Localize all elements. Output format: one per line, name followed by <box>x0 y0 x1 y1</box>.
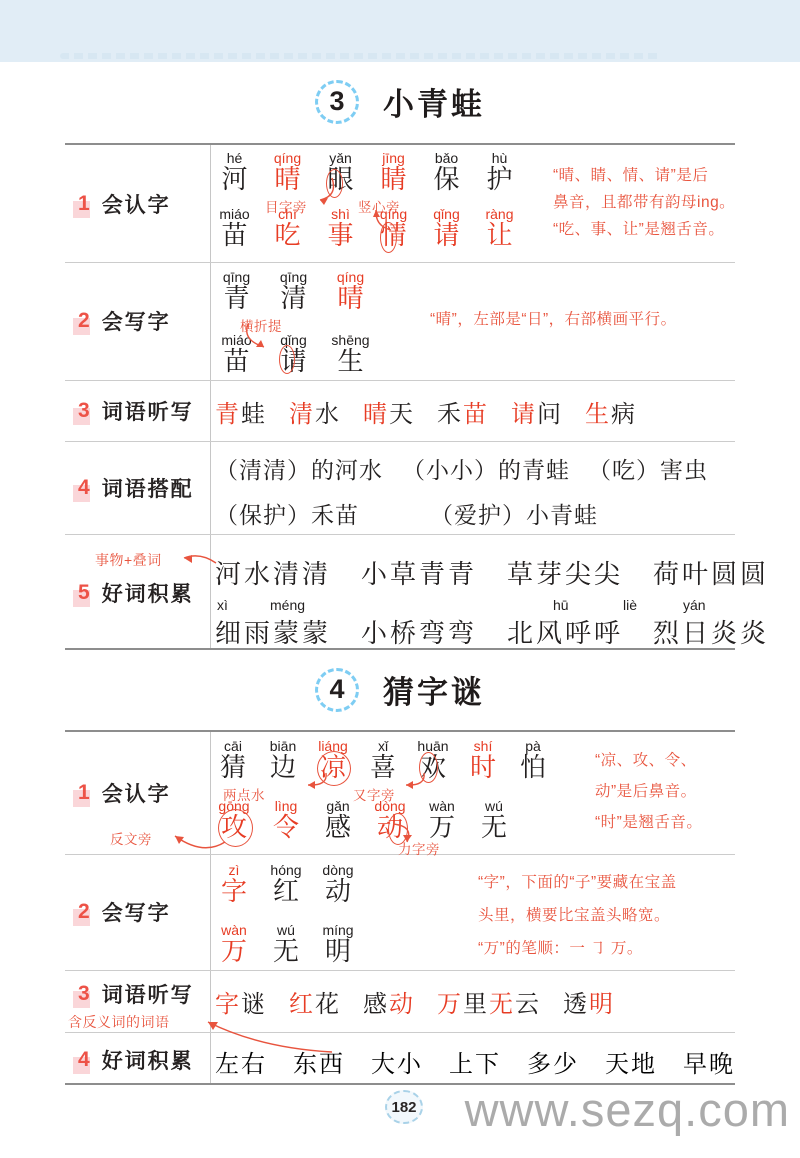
pinyin: yán <box>683 597 706 613</box>
word-char: 请 <box>511 402 537 428</box>
pinyin: wàn <box>416 798 468 814</box>
char-row: zì 字 hóng 红 dòng 动 <box>208 862 364 906</box>
lesson-3-title: 小青蛙 <box>383 79 485 124</box>
char-cell: chī 吃 <box>261 206 314 250</box>
hanzi: 字 <box>208 878 260 906</box>
annotation-arrow <box>398 770 430 792</box>
hanzi: 保 <box>420 166 473 194</box>
watermark: www.sezq.com <box>465 1082 790 1137</box>
section-title: 词语搭配 <box>102 473 194 503</box>
phrase: 细雨蒙蒙 <box>215 613 331 650</box>
pinyin: míng <box>312 922 364 938</box>
char-row: hé 河 qíng 晴 yǎn 眼 jīng <box>208 150 526 194</box>
section-number: 3 <box>75 399 93 423</box>
annotation-arrow <box>296 174 340 208</box>
phrase: 河水清清 <box>215 554 331 591</box>
annotation-arrow <box>300 770 332 792</box>
pinyin: miáo <box>208 206 261 222</box>
phrase: 荷叶圆圆 <box>653 554 769 591</box>
workbook-page: 3 小青蛙 1 会认字 hé 河 qí <box>0 0 800 1158</box>
hanzi: 青 <box>208 285 265 313</box>
word-char: 晴 <box>363 402 389 428</box>
pinyin: hù <box>473 150 526 166</box>
char-cell: qīng 青 <box>208 269 265 313</box>
section-title: 会认字 <box>102 778 171 808</box>
note-line: 鼻音，且都带有韵母ing。 <box>553 189 735 216</box>
header-band <box>0 0 800 62</box>
char-cell: gǎn 感 <box>312 798 364 842</box>
word-char: 感 <box>363 992 389 1018</box>
char-cell: qǐng 请 <box>420 206 473 250</box>
handwritten-note: “晴”，左部是“日”，右部横画平行。 <box>430 306 677 333</box>
word: 透明 <box>563 984 615 1019</box>
word: 天地 <box>605 1044 657 1079</box>
phrase: （吃）害虫 <box>588 452 708 485</box>
annotation-arrow <box>176 550 220 568</box>
char-row: wàn 万 wú 无 míng 明 <box>208 922 364 966</box>
hanzi: 苗 <box>208 348 265 376</box>
word-char: 青 <box>215 402 241 428</box>
handwritten-note: “字”，下面的“子”要藏在宝盖头里，横要比宝盖头略宽。“万”的笔顺：一 ㇆ 万。 <box>478 866 677 965</box>
hanzi: 苗 <box>208 222 261 250</box>
section-l4-write: 2 会写字 zì 字 hóng 红 dòng <box>65 854 735 970</box>
lesson-3-number-badge: 3 <box>315 80 359 124</box>
pinyin: chī <box>261 206 314 222</box>
word-char: 明 <box>589 992 615 1018</box>
section-number: 3 <box>75 982 93 1006</box>
word-char: 生 <box>585 402 611 428</box>
section-title: 会认字 <box>102 189 171 219</box>
char-cell: hóng 红 <box>260 862 312 906</box>
word-char: 无 <box>489 992 515 1018</box>
pinyin: qíng <box>322 269 379 285</box>
pinyin: wú <box>260 922 312 938</box>
word-char: 问 <box>537 402 563 428</box>
handwritten-note: “凉、攻、令、动”是后鼻音。“时”是翘舌音。 <box>595 745 702 838</box>
hanzi: 猜 <box>208 754 258 782</box>
hanzi: 明 <box>312 938 364 966</box>
section-number: 4 <box>75 476 93 500</box>
section-l3-write: 2 会写字 qīng 青 qīng 清 qíng <box>65 262 735 380</box>
phrase: （保护）禾苗 <box>215 497 359 530</box>
word-char: 水 <box>315 402 341 428</box>
word: 早晚 <box>683 1044 735 1079</box>
pinyin: shí <box>458 738 508 754</box>
char-cell: wú 无 <box>468 798 520 842</box>
section-title: 词语听写 <box>102 396 194 426</box>
pinyin: dòng <box>364 798 416 814</box>
pinyin: qīng <box>265 269 322 285</box>
section-label: 3 词语听写 <box>75 970 194 1018</box>
pinyin: wàn <box>208 922 260 938</box>
word: 多少 <box>527 1044 579 1079</box>
char-cell: miáo 苗 <box>208 206 261 250</box>
note-line: “时”是翘舌音。 <box>595 807 702 838</box>
lesson-3-table: 1 会认字 hé 河 qíng 晴 yǎn <box>65 143 735 650</box>
section-number: 4 <box>75 1048 93 1072</box>
hanzi: 无 <box>468 814 520 842</box>
radical-circle <box>279 345 295 374</box>
char-cell: shì 事 <box>314 206 367 250</box>
radical-note: 反文旁 <box>110 828 152 848</box>
pinyin: pà <box>508 738 558 754</box>
pinyin: hóng <box>260 862 312 878</box>
section-l4-dictation: 3 词语听写 字谜 红花 感动 <box>65 970 735 1032</box>
word: 请问 <box>511 394 563 429</box>
word-row: 细雨蒙蒙小桥弯弯北风呼呼烈日炎炎 <box>215 613 769 650</box>
word: 感动 <box>363 984 415 1019</box>
section-label: 2 会写字 <box>75 854 171 970</box>
pinyin: yǎn <box>314 150 367 166</box>
word-char: 天 <box>389 402 415 428</box>
pinyin: wú <box>468 798 520 814</box>
pinyin: qíng <box>261 150 314 166</box>
hanzi: 晴 <box>322 285 379 313</box>
word-char: 禾 <box>437 402 463 428</box>
pinyin: dòng <box>312 862 364 878</box>
char-cell: ràng 让 <box>473 206 526 250</box>
char-cell: hé 河 <box>208 150 261 194</box>
pinyin: qǐng <box>420 206 473 222</box>
word: 禾苗 <box>437 394 489 429</box>
phrase: 北风呼呼 <box>507 613 623 650</box>
phrase: 小草青青 <box>361 554 477 591</box>
section-label: 4 词语搭配 <box>75 441 194 534</box>
phrase: （爱护）小青蛙 <box>430 497 598 530</box>
pinyin: hé <box>208 150 261 166</box>
word-char: 万 <box>437 992 463 1018</box>
char-cell: qīng 清 <box>265 269 322 313</box>
annotation-arrow <box>365 204 399 234</box>
hanzi: 事 <box>314 222 367 250</box>
char-cell: lìng 令 <box>260 798 312 842</box>
section-number: 1 <box>75 781 93 805</box>
phrase: 烈日炎炎 <box>653 613 769 650</box>
hanzi: 时 <box>458 754 508 782</box>
section-number: 2 <box>75 900 93 924</box>
pinyin: zì <box>208 862 260 878</box>
hanzi: 请 <box>420 222 473 250</box>
phrase: （清清）的河水 <box>215 452 383 485</box>
char-cell: shēng 生 <box>322 332 379 376</box>
section-label: 3 词语听写 <box>75 380 194 441</box>
hanzi: 红 <box>260 878 312 906</box>
word-char: 动 <box>389 992 415 1018</box>
annotation-arrow <box>196 1012 336 1056</box>
char-cell: cāi 猜 <box>208 738 258 782</box>
hanzi: 河 <box>208 166 261 194</box>
hanzi: 感 <box>312 814 364 842</box>
word-char: 苗 <box>463 402 489 428</box>
word-char: 透 <box>563 992 589 1018</box>
word-char: 病 <box>611 402 637 428</box>
phrase: 草芽尖尖 <box>507 554 623 591</box>
section-l3-recognize: 1 会认字 hé 河 qíng 晴 yǎn <box>65 145 735 262</box>
char-cell: zì 字 <box>208 862 260 906</box>
char-cell: dòng 动 <box>312 862 364 906</box>
note-line: “字”，下面的“子”要藏在宝盖 <box>478 866 677 899</box>
section-l3-accumulate: 5 好词积累 事物+叠词 河水清清小草青青草芽尖尖荷叶圆圆 xì méng hū… <box>65 534 735 652</box>
hanzi: 无 <box>260 938 312 966</box>
word: 晴天 <box>363 394 415 429</box>
pinyin: jīng <box>367 150 420 166</box>
word: 上下 <box>449 1044 501 1079</box>
word: 青蛙 <box>215 394 267 429</box>
section-title: 会写字 <box>102 897 171 927</box>
hanzi: 万 <box>208 938 260 966</box>
lesson-4-number-badge: 4 <box>315 668 359 712</box>
hanzi: 生 <box>322 348 379 376</box>
phrase: （小小）的青蛙 <box>402 452 570 485</box>
char-cell: qíng 晴 <box>322 269 379 313</box>
section-title: 好词积累 <box>102 1045 194 1075</box>
char-cell: jīng 睛 <box>367 150 420 194</box>
char-row: cāi 猜 biān 边 liáng 凉 xǐ <box>208 738 558 782</box>
pinyin: ràng <box>473 206 526 222</box>
pinyin: liè <box>623 597 637 613</box>
pinyin: cāi <box>208 738 258 754</box>
pinyin: bǎo <box>420 150 473 166</box>
word: 万里无云 <box>437 984 541 1019</box>
section-title: 好词积累 <box>102 578 194 608</box>
note-line: 动”是后鼻音。 <box>595 776 702 807</box>
word-char: 里 <box>463 992 489 1018</box>
hanzi: 睛 <box>367 166 420 194</box>
hanzi: 令 <box>260 814 312 842</box>
word-char: 云 <box>515 992 541 1018</box>
char-cell: shí 时 <box>458 738 508 782</box>
char-cell: wàn 万 <box>208 922 260 966</box>
pinyin: shēng <box>322 332 379 348</box>
pinyin: xì <box>217 597 228 613</box>
phrase: 小桥弯弯 <box>361 613 477 650</box>
char-row: gōng 攻 lìng 令 gǎn 感 dòng <box>208 798 520 842</box>
pinyin: méng <box>270 597 305 613</box>
char-cell: hù 护 <box>473 150 526 194</box>
lesson-4-heading: 4 猜字谜 <box>0 667 800 712</box>
section-number: 5 <box>75 581 93 605</box>
pinyin: gǎn <box>312 798 364 814</box>
annotation-arrow <box>165 826 230 854</box>
char-cell: wú 无 <box>260 922 312 966</box>
word: 清水 <box>289 394 341 429</box>
section-label: 2 会写字 <box>75 262 171 380</box>
annotation-arrow <box>240 322 280 352</box>
note-line: 头里，横要比宝盖头略宽。 <box>478 899 677 932</box>
pinyin: xǐ <box>358 738 408 754</box>
pinyin: lìng <box>260 798 312 814</box>
section-l4-accumulate: 4 好词积累 左右东西大小上下多少天地早晚 <box>65 1032 735 1087</box>
pinyin: shì <box>314 206 367 222</box>
section-label: 1 会认字 <box>75 145 171 262</box>
char-cell: wàn 万 <box>416 798 468 842</box>
lesson-4-title: 猜字谜 <box>383 667 485 712</box>
char-cell: pà 怕 <box>508 738 558 782</box>
section-title: 词语听写 <box>102 979 194 1009</box>
pinyin: hū <box>553 597 569 613</box>
pinyin: qīng <box>208 269 265 285</box>
section-label: 4 好词积累 <box>75 1032 194 1087</box>
word-row: 青蛙 清水 晴天 禾苗 请问 <box>215 394 637 429</box>
hanzi: 动 <box>312 878 364 906</box>
note-line: “吃、事、让”是翘舌音。 <box>553 216 735 243</box>
hanzi: 让 <box>473 222 526 250</box>
hanzi: 清 <box>265 285 322 313</box>
hanzi: 护 <box>473 166 526 194</box>
section-number: 2 <box>75 309 93 333</box>
note-line: “晴、睛、情、请”是后 <box>553 162 735 189</box>
note-line: “万”的笔顺：一 ㇆ 万。 <box>478 932 677 965</box>
section-number: 1 <box>75 192 93 216</box>
margin-annotation: 事物+叠词 <box>95 550 162 570</box>
margin-annotation: 含反义词的词语 <box>68 1012 170 1032</box>
word-char: 清 <box>289 402 315 428</box>
hanzi: 吃 <box>261 222 314 250</box>
section-l3-matching: 4 词语搭配 （清清）的河水 （小小）的青蛙 （吃）害虫 （保护）禾苗 （爱护）… <box>65 441 735 534</box>
word-char: 蛙 <box>241 402 267 428</box>
note-line: “凉、攻、令、 <box>595 745 702 776</box>
hanzi: 怕 <box>508 754 558 782</box>
word: 生病 <box>585 394 637 429</box>
pinyin: biān <box>258 738 308 754</box>
char-cell: bǎo 保 <box>420 150 473 194</box>
char-cell: míng 明 <box>312 922 364 966</box>
annotation-arrow <box>390 818 420 848</box>
page-number-badge: 182 <box>385 1090 423 1124</box>
section-l3-dictation: 3 词语听写 青蛙 清水 晴天 <box>65 380 735 441</box>
section-title: 会写字 <box>102 306 171 336</box>
note-line: “晴”，左部是“日”，右部横画平行。 <box>430 306 677 333</box>
handwritten-note: “晴、睛、情、请”是后鼻音，且都带有韵母ing。“吃、事、让”是翘舌音。 <box>553 162 735 243</box>
word: 大小 <box>371 1044 423 1079</box>
pinyin: huān <box>408 738 458 754</box>
word-row: 河水清清小草青青草芽尖尖荷叶圆圆 <box>215 554 769 591</box>
lesson-3-heading: 3 小青蛙 <box>0 79 800 124</box>
char-row: qīng 青 qīng 清 qíng 晴 <box>208 269 379 313</box>
